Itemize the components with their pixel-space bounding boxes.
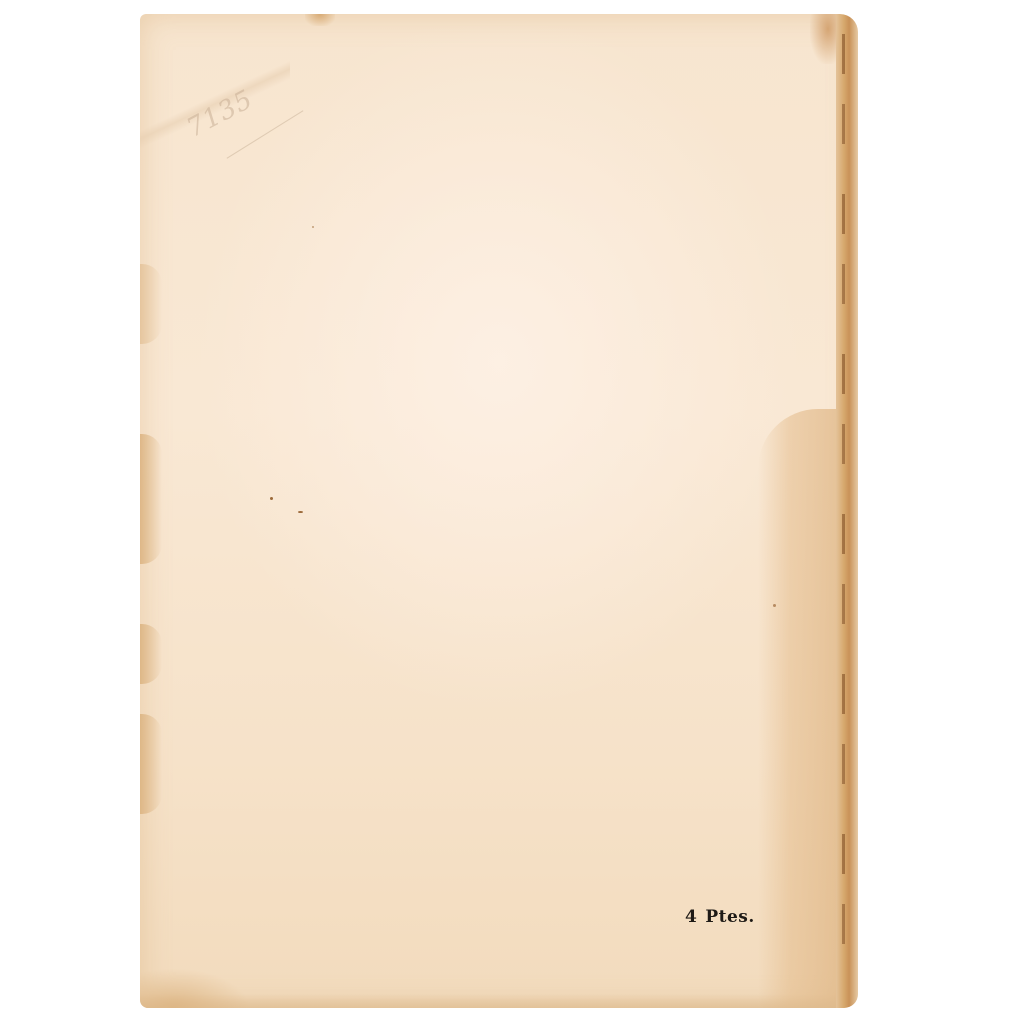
paper-speck (312, 226, 314, 228)
price-unit: Ptes. (705, 907, 754, 927)
right-water-stain (758, 409, 838, 1008)
book-back-cover: 7135 4Ptes. (140, 14, 858, 1008)
left-edge-stain (140, 714, 162, 814)
paper-speck (298, 511, 303, 513)
bottom-left-corner-damage (140, 968, 250, 1008)
book-spine-edge (836, 14, 858, 1008)
canvas: 7135 4Ptes. (0, 0, 1024, 1024)
price-imprint: 4Ptes. (685, 907, 755, 927)
paper-speck (773, 604, 776, 607)
left-edge-stain (140, 624, 162, 684)
paper-speck (270, 497, 273, 500)
left-edge-stain (140, 434, 162, 564)
price-amount: 4 (685, 907, 697, 927)
top-edge-tear (305, 14, 335, 26)
left-edge-stain (140, 264, 162, 344)
